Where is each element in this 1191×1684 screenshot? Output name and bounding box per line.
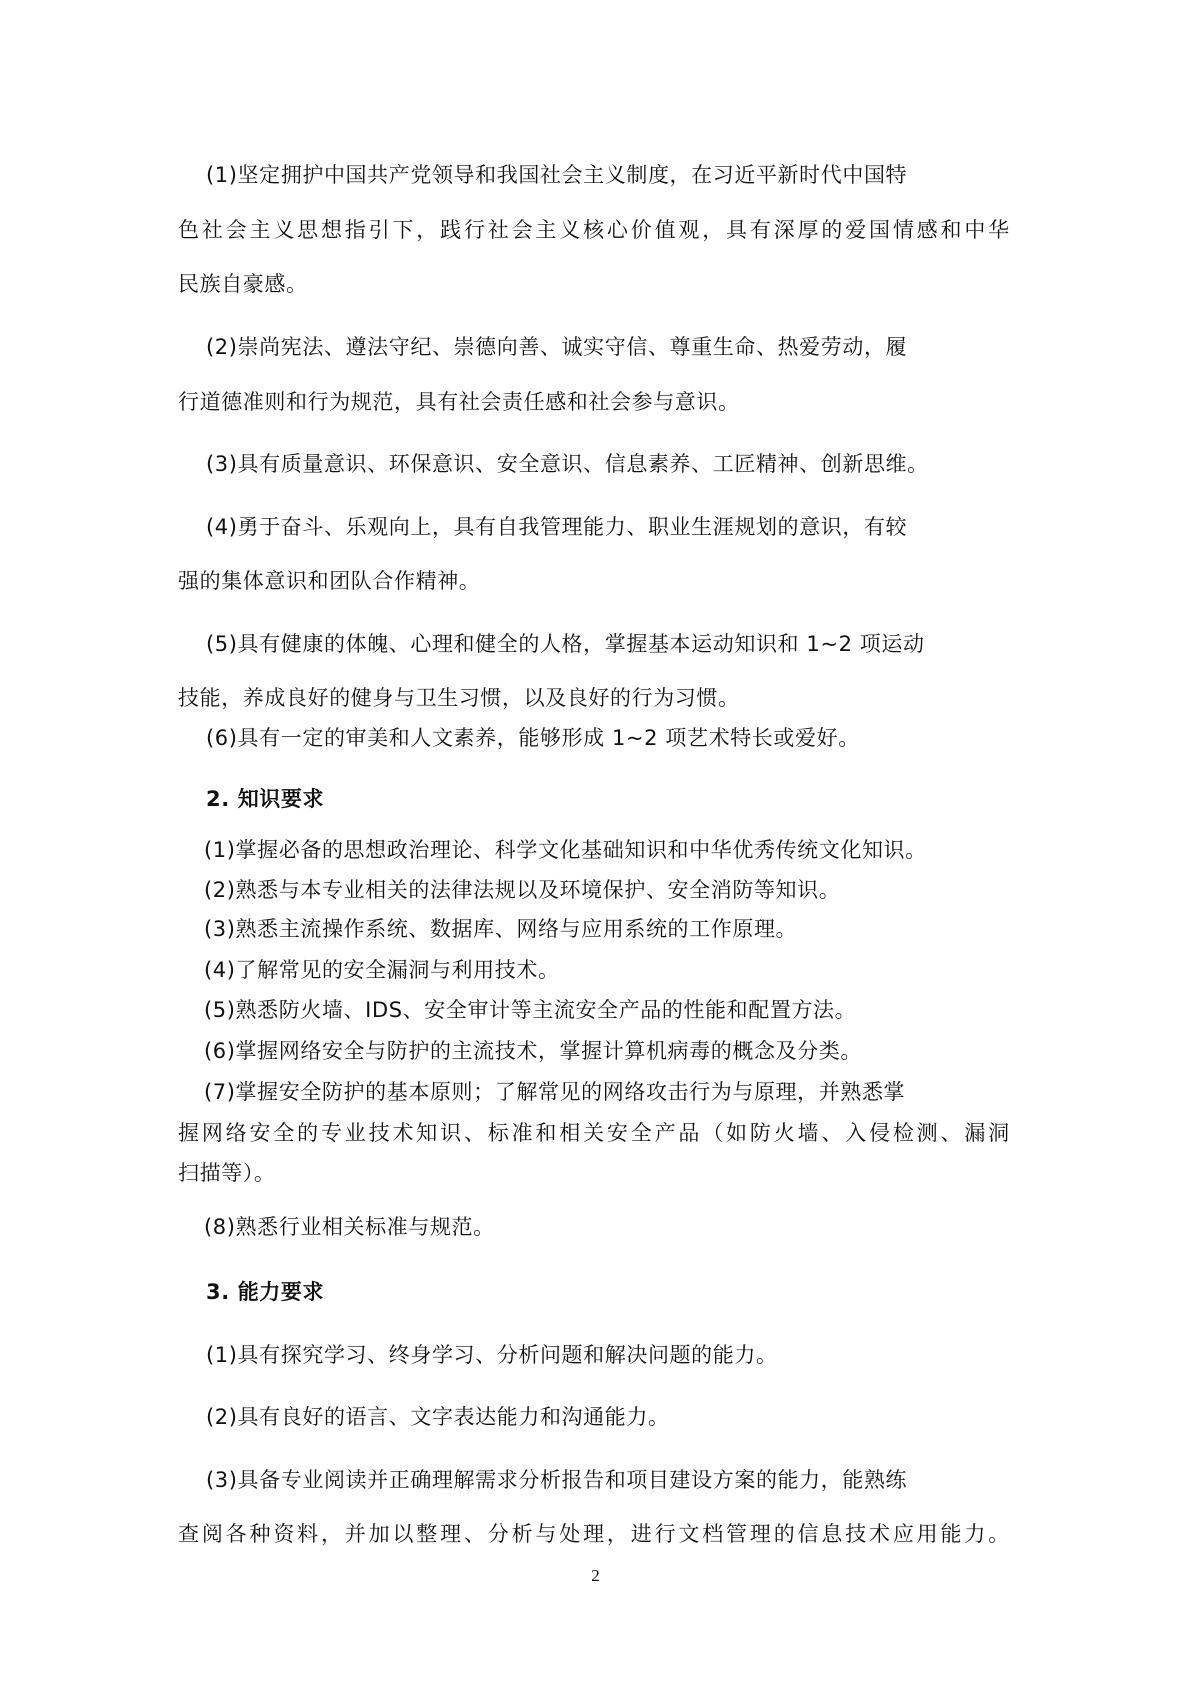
text-line: 行道德准则和行为规范，具有社会责任感和社会参与意识。 — [178, 387, 740, 417]
text-line: 扫描等）。 — [178, 1158, 276, 1188]
text-line: (3)具备专业阅读并正确理解需求分析报告和项目建设方案的能力，能熟练 — [206, 1465, 907, 1495]
text-line: (2)具有良好的语言、文字表达能力和沟通能力。 — [206, 1402, 670, 1432]
text-line: 强的集体意识和团队合作精神。 — [178, 566, 480, 596]
text-line: (6)掌握网络安全与防护的主流技术，掌握计算机病毒的概念及分类。 — [204, 1036, 862, 1066]
section-heading: 3. 能力要求 — [206, 1277, 324, 1307]
text-line: (4)勇于奋斗、乐观向上，具有自我管理能力、职业生涯规划的意识，有较 — [206, 512, 907, 542]
text-line: 民族自豪感。 — [178, 269, 308, 299]
text-line: (7)掌握安全防护的基本原则；了解常见的网络攻击行为与原理，并熟悉掌 — [204, 1077, 905, 1107]
text-line: (3)熟悉主流操作系统、数据库、网络与应用系统的工作原理。 — [204, 914, 797, 944]
text-line: (5)熟悉防火墙、IDS、安全审计等主流安全产品的性能和配置方法。 — [204, 995, 856, 1025]
text-line: (1)掌握必备的思想政治理论、科学文化基础知识和中华优秀传统文化知识。 — [204, 835, 927, 865]
text-line: (1)坚定拥护中国共产党领导和我国社会主义制度，在习近平新时代中国特 — [206, 160, 907, 190]
text-line: (2)崇尚宪法、遵法守纪、崇德向善、诚实守信、尊重生命、热爱劳动，履 — [206, 332, 907, 362]
document-page: (1)坚定拥护中国共产党领导和我国社会主义制度，在习近平新时代中国特色社会主义思… — [0, 0, 1191, 1684]
text-line: (8)熟悉行业相关标准与规范。 — [204, 1212, 495, 1242]
section-heading: 2. 知识要求 — [206, 784, 324, 814]
text-line: (2)熟悉与本专业相关的法律法规以及环境保护、安全消防等知识。 — [204, 875, 840, 905]
text-line: 握网络安全的专业技术知识、标准和相关安全产品（如防火墙、入侵检测、漏洞 — [178, 1118, 1012, 1148]
text-line: (3)具有质量意识、环保意识、安全意识、信息素养、工匠精神、创新思维。 — [206, 449, 929, 479]
text-line: 查阅各种资料，并加以整理、分析与处理，进行文档管理的信息技术应用能力。 — [178, 1519, 1012, 1549]
text-line: 色社会主义思想指引下，践行社会主义核心价值观，具有深厚的爱国情感和中华 — [178, 215, 1012, 245]
text-line: (1)具有探究学习、终身学习、分析问题和解决问题的能力。 — [206, 1340, 778, 1370]
text-line: 技能，养成良好的健身与卫生习惯，以及良好的行为习惯。 — [178, 683, 740, 713]
text-line: (5)具有健康的体魄、心理和健全的人格，掌握基本运动知识和 1~2 项运动 — [206, 629, 925, 659]
text-line: (6)具有一定的审美和人文素养，能够形成 1~2 项艺术特长或爱好。 — [206, 723, 860, 753]
text-line: (4)了解常见的安全漏洞与利用技术。 — [204, 955, 560, 985]
page-number: 2 — [0, 1566, 1191, 1586]
